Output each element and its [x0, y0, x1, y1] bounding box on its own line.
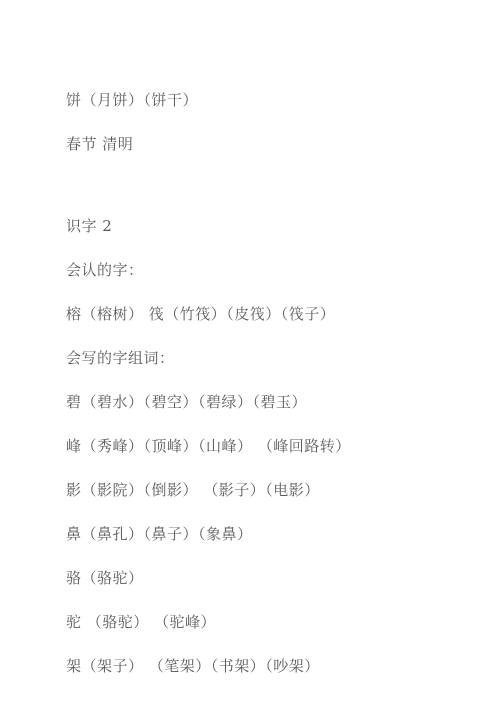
line-jia-words: 架（架子） （笔架）（书架）（吵架） [66, 656, 320, 676]
line-bing-words: 饼（月饼）（饼干） [66, 90, 198, 110]
line-luo-words: 骆（骆驼） [66, 568, 144, 588]
line-rong-fa-words: 榕（榕树） 筏（竹筏）（皮筏）（筏子） [66, 304, 335, 324]
line-festivals: 春节 清明 [66, 134, 133, 154]
line-bi-nose-words: 鼻（鼻孔）（鼻子）（象鼻） [66, 524, 253, 544]
line-feng-words: 峰（秀峰）（顶峰）（山峰） （峰回路转） [66, 436, 351, 456]
subheading-recognize-chars: 会认的字： [66, 260, 144, 280]
line-tuo-words: 驼 （骆驼） （驼峰） [66, 612, 216, 632]
document-page: 饼（月饼）（饼干） 春节 清明 识字 2 会认的字： 榕（榕树） 筏（竹筏）（皮… [0, 0, 500, 708]
section-heading-shizi-2: 识字 2 [66, 216, 112, 236]
subheading-write-chars: 会写的字组词： [66, 348, 175, 368]
line-ying-words: 影（影院）（倒影） （影子）（电影） [66, 480, 320, 500]
line-bi-words: 碧（碧水）（碧空）（碧绿）（碧玉） [66, 392, 307, 412]
